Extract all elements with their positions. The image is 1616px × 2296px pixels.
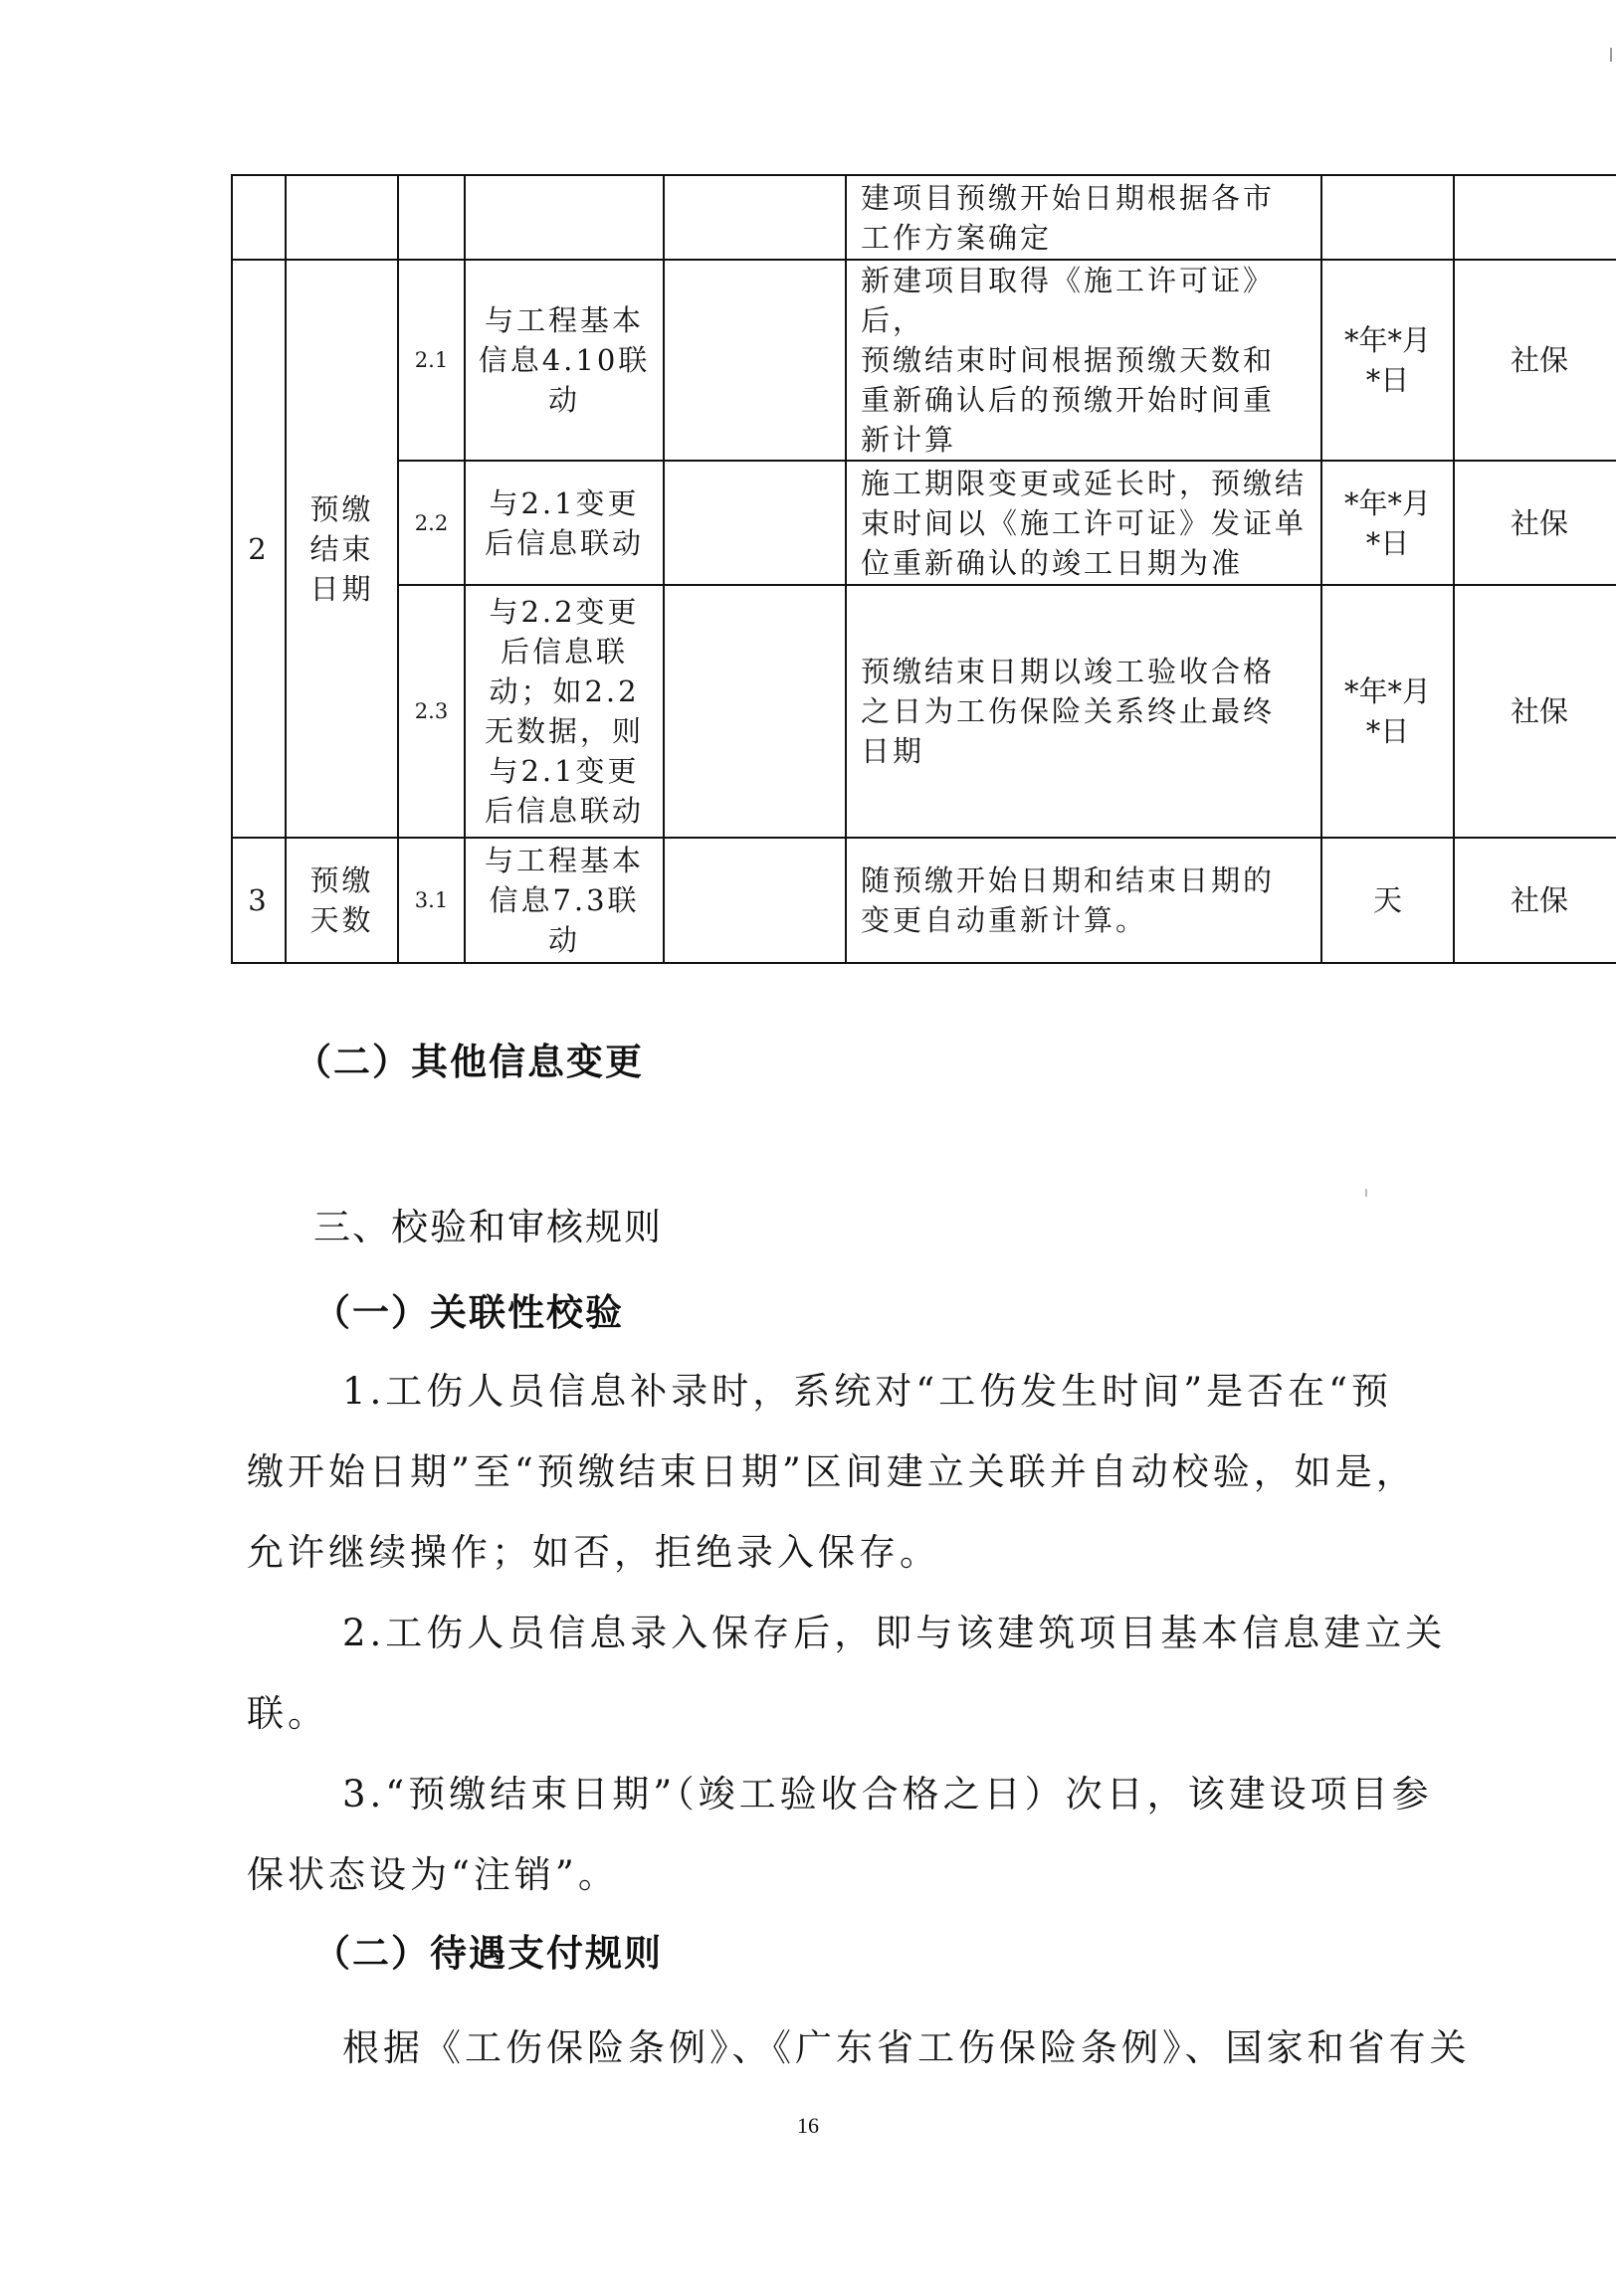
heading-benefit-payment-rules: （二）待遇支付规则 <box>313 1923 663 1977</box>
rule-line: 与2.1变更 <box>472 483 657 523</box>
para-line: 1.工伤人员信息补录时，系统对“工伤发生时间”是否在“预 <box>247 1351 1511 1432</box>
name-line: 天数 <box>293 900 391 940</box>
cell-blank <box>664 260 846 461</box>
desc-line: 重新确认后的预缴开始时间重 <box>861 380 1314 420</box>
cell-no: 2 <box>232 260 286 838</box>
unit-line: *年*月 <box>1328 671 1447 711</box>
name-line: 结束 <box>293 529 391 569</box>
para-line: 保状态设为“注销”。 <box>247 1834 1511 1915</box>
table-row: 2.2 与2.1变更 后信息联动 施工期限变更或延长时，预缴结 束时间以《施工许… <box>232 461 1616 585</box>
desc-line: 预缴结束日期以竣工验收合格 <box>861 652 1314 691</box>
cell-unit: *年*月 *日 <box>1321 461 1454 585</box>
cell-rule: 与2.1变更 后信息联动 <box>465 461 664 585</box>
desc-line: 位重新确认的竣工日期为准 <box>861 543 1314 583</box>
rule-line: 与2.1变更 <box>472 751 657 791</box>
heading-other-info-changes: （二）其他信息变更 <box>295 1032 644 1085</box>
para-line: 2.工伤人员信息录入保存后，即与该建筑项目基本信息建立关 <box>247 1593 1511 1673</box>
cell-dept: 社保 <box>1454 260 1616 461</box>
desc-line: 预缴结束时间根据预缴天数和 <box>861 340 1314 380</box>
unit-line: *年*月 <box>1328 483 1447 523</box>
desc-line: 变更自动重新计算。 <box>861 900 1314 940</box>
rule-line: 动；如2.2 <box>472 671 657 711</box>
desc-line: 施工期限变更或延长时，预缴结 <box>861 464 1314 503</box>
rule-line: 与2.2变更 <box>472 592 657 632</box>
heading-linkage-check: （一）关联性校验 <box>313 1282 624 1336</box>
name-line: 预缴 <box>293 489 391 529</box>
cell-no <box>232 175 286 260</box>
cell-no: 3 <box>232 838 286 963</box>
cell-name: 预缴 结束 日期 <box>286 260 398 838</box>
cell-sub: 2.1 <box>398 260 465 461</box>
rule-line: 信息4.10联 <box>472 340 657 380</box>
page-number: 16 <box>0 2113 1616 2139</box>
rule-line: 后信息联动 <box>472 791 657 831</box>
paragraph-rule-3: 3.“预缴结束日期”（竣工验收合格之日）次日，该建设项目参 保状态设为“注销”。 <box>247 1754 1511 1915</box>
desc-line: 随预缴开始日期和结束日期的 <box>861 861 1314 900</box>
paragraph-rule-2: 2.工伤人员信息录入保存后，即与该建筑项目基本信息建立关 联。 <box>247 1593 1511 1754</box>
cell-blank <box>664 585 846 838</box>
table-row: 3 预缴 天数 3.1 与工程基本 信息7.3联 动 随预缴开始日期和结束日期的… <box>232 838 1616 963</box>
rule-line: 无数据，则 <box>472 711 657 751</box>
name-line: 日期 <box>293 569 391 609</box>
cell-blank <box>664 461 846 585</box>
cell-unit: 天 <box>1321 838 1454 963</box>
para-line: 允许继续操作；如否，拒绝录入保存。 <box>247 1512 1511 1593</box>
name-line: 预缴 <box>293 861 391 900</box>
cell-desc: 建项目预缴开始日期根据各市 工作方案确定 <box>846 175 1321 260</box>
rule-line: 后信息联动 <box>472 523 657 563</box>
desc-line: 之日为工伤保险关系终止最终 <box>861 691 1314 731</box>
cell-name <box>286 175 398 260</box>
cell-desc: 随预缴开始日期和结束日期的 变更自动重新计算。 <box>846 838 1321 963</box>
desc-line: 新建项目取得《施工许可证》后， <box>861 261 1314 340</box>
rule-line: 与工程基本 <box>472 300 657 340</box>
desc-line: 工作方案确定 <box>861 218 1314 258</box>
para-line: 联。 <box>247 1673 1511 1754</box>
unit-line: *日 <box>1328 523 1447 563</box>
cell-dept: 社保 <box>1454 838 1616 963</box>
unit-line: *日 <box>1328 360 1447 400</box>
desc-line: 束时间以《施工许可证》发证单 <box>861 503 1314 543</box>
rule-line: 动 <box>472 920 657 960</box>
cell-dept <box>1454 175 1616 260</box>
document-page: 建项目预缴开始日期根据各市 工作方案确定 2 预缴 结束 日期 2.1 与工程基… <box>0 0 1616 2296</box>
cell-sub: 2.2 <box>398 461 465 585</box>
paragraph-rule-1: 1.工伤人员信息补录时，系统对“工伤发生时间”是否在“预 缴开始日期”至“预缴结… <box>247 1351 1511 1593</box>
heading-section-3: 三、校验和审核规则 <box>313 1197 663 1250</box>
cell-desc: 施工期限变更或延长时，预缴结 束时间以《施工许可证》发证单 位重新确认的竣工日期… <box>846 461 1321 585</box>
desc-line: 日期 <box>861 731 1314 771</box>
pay-period-linkage-table: 建项目预缴开始日期根据各市 工作方案确定 2 预缴 结束 日期 2.1 与工程基… <box>231 174 1616 964</box>
scan-mark <box>1610 48 1612 62</box>
cell-unit <box>1321 175 1454 260</box>
unit-line: *年*月 <box>1328 320 1447 360</box>
cell-unit: *年*月 *日 <box>1321 585 1454 838</box>
table-row: 2.3 与2.2变更 后信息联 动；如2.2 无数据，则 与2.1变更 后信息联… <box>232 585 1616 838</box>
cell-unit: *年*月 *日 <box>1321 260 1454 461</box>
cell-desc: 预缴结束日期以竣工验收合格 之日为工伤保险关系终止最终 日期 <box>846 585 1321 838</box>
cell-rule <box>465 175 664 260</box>
table-row-continued: 建项目预缴开始日期根据各市 工作方案确定 <box>232 175 1616 260</box>
cell-rule: 与工程基本 信息7.3联 动 <box>465 838 664 963</box>
para-line: 缴开始日期”至“预缴结束日期”区间建立关联并自动校验，如是， <box>247 1432 1511 1512</box>
cell-rule: 与2.2变更 后信息联 动；如2.2 无数据，则 与2.1变更 后信息联动 <box>465 585 664 838</box>
para-line: 3.“预缴结束日期”（竣工验收合格之日）次日，该建设项目参 <box>247 1754 1511 1834</box>
cell-sub: 3.1 <box>398 838 465 963</box>
scan-mark <box>1365 1189 1367 1197</box>
desc-line: 建项目预缴开始日期根据各市 <box>861 178 1314 218</box>
unit-line: *日 <box>1328 711 1447 751</box>
desc-line: 新计算 <box>861 420 1314 460</box>
cell-rule: 与工程基本 信息4.10联 动 <box>465 260 664 461</box>
cell-dept: 社保 <box>1454 585 1616 838</box>
rule-line: 与工程基本 <box>472 841 657 880</box>
rule-line: 动 <box>472 380 657 420</box>
cell-sub: 2.3 <box>398 585 465 838</box>
rule-line: 后信息联 <box>472 632 657 671</box>
cell-blank <box>664 175 846 260</box>
paragraph-benefit-basis: 根据《工伤保险条例》、《广东省工伤保险条例》、国家和省有关 <box>247 2008 1511 2088</box>
cell-name: 预缴 天数 <box>286 838 398 963</box>
cell-dept: 社保 <box>1454 461 1616 585</box>
para-line: 根据《工伤保险条例》、《广东省工伤保险条例》、国家和省有关 <box>247 2008 1511 2088</box>
cell-desc: 新建项目取得《施工许可证》后， 预缴结束时间根据预缴天数和 重新确认后的预缴开始… <box>846 260 1321 461</box>
rule-line: 信息7.3联 <box>472 880 657 920</box>
table-row: 2 预缴 结束 日期 2.1 与工程基本 信息4.10联 动 新建项目取得《施工… <box>232 260 1616 461</box>
cell-sub <box>398 175 465 260</box>
cell-blank <box>664 838 846 963</box>
